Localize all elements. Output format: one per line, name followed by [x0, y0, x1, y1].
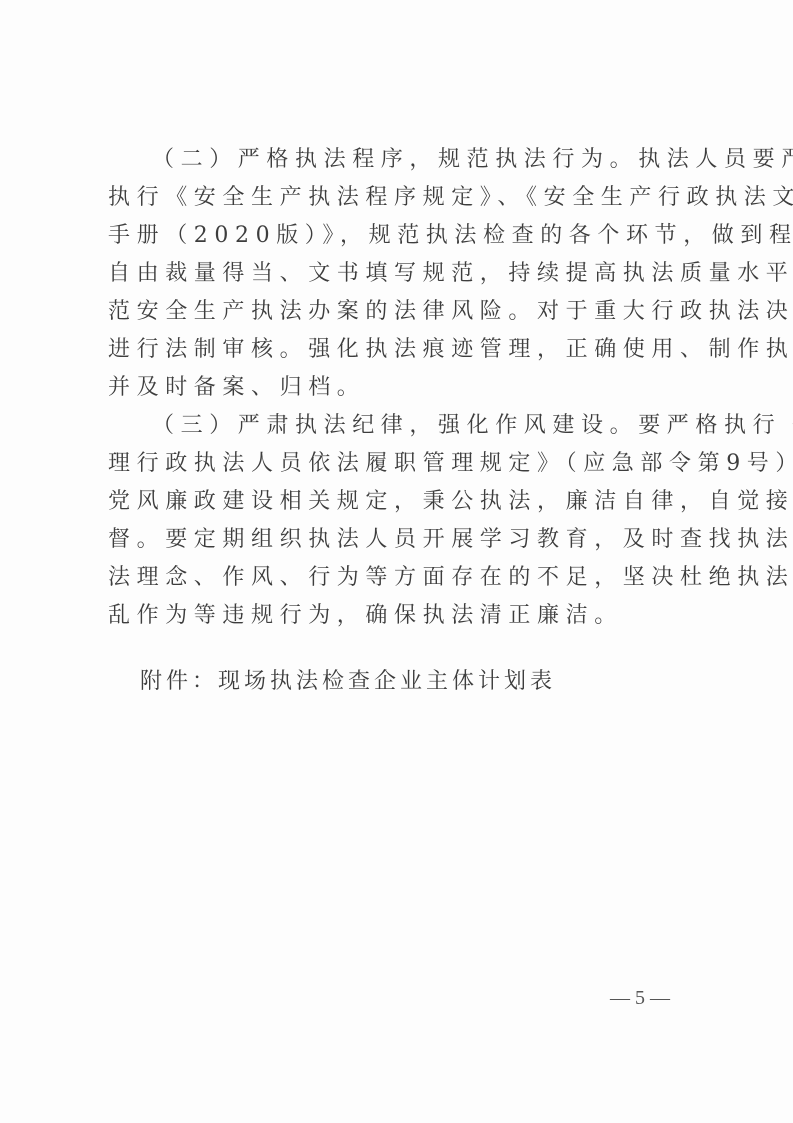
paragraph-line: 理行政执法人员依法履职管理规定》（应急部令第9号）及其他 [108, 445, 692, 483]
document-page: （二）严格执法程序，规范执法行为。执法人员要严格贯彻 执行《安全生产执法程序规定… [0, 0, 793, 1123]
paragraph-line: 督。要定期组织执法人员开展学习教育，及时查找执法人员在执 [108, 521, 692, 559]
paragraph-line: 乱作为等违规行为，确保执法清正廉洁。 [108, 597, 692, 635]
paragraph-line: 进行法制审核。强化执法痕迹管理，正确使用、制作执法文书， [108, 331, 692, 369]
paragraph-line: 自由裁量得当、文书填写规范，持续提高执法质量水平，有效防 [108, 255, 692, 293]
attachment-note: 附件：现场执法检查企业主体计划表 [140, 663, 556, 701]
paragraph-line: 法理念、作风、行为等方面存在的不足，坚决杜绝执法不作为、 [108, 559, 692, 597]
page-number: — 5 — [610, 984, 670, 1012]
paragraph-line: 手册（2020版）》，规范执法检查的各个环节，做到程序合法、 [108, 217, 692, 255]
paragraph-line: 执行《安全生产执法程序规定》、《安全生产行政执法文书使用 [108, 179, 692, 217]
paragraph-line: 范安全生产执法办案的法律风险。对于重大行政执法决定，必须 [108, 293, 692, 331]
paragraph-line: 并及时备案、归档。 [108, 369, 692, 407]
paragraph-line: 党风廉政建设相关规定，秉公执法，廉洁自律，自觉接受社会监 [108, 483, 692, 521]
paragraph-line: （三）严肃执法纪律，强化作风建设。要严格执行《应急管 [152, 407, 692, 445]
paragraph-line: （二）严格执法程序，规范执法行为。执法人员要严格贯彻 [152, 141, 692, 179]
